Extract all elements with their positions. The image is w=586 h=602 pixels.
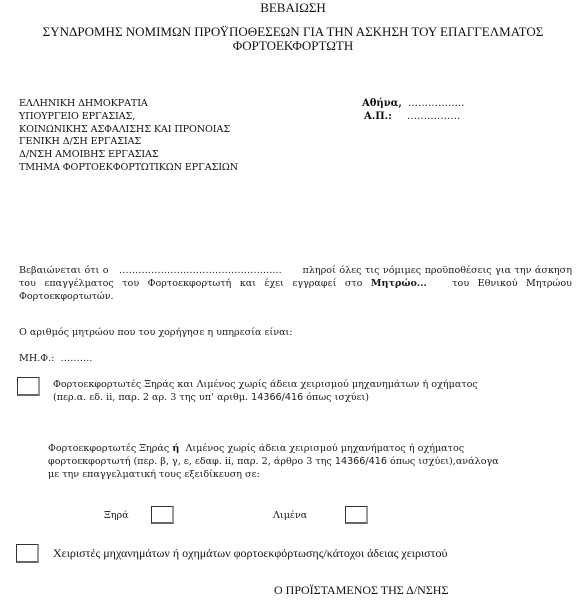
signature-title: Ο ΠΡΟΪΣΤΑΜΕΝΟΣ ΤΗΣ Δ/ΝΣΗΣ [274,583,448,598]
option2-text-a: Φορτοεκφορτωτές Ξηράς [48,443,169,454]
authority-line: ΓΕΝΙΚΗ Δ/ΣΗ ΕΡΓΑΣΙΑΣ [19,135,238,148]
option1-ref-text: (περ.α. εδ. ii, παρ. 2 αρ. 3 της υπ’ αρι… [53,392,248,403]
option2-line2: φορτοεκφορτωτή (περ. β, γ, ε, εδαφ. ii, … [48,455,499,468]
authority-line: ΚΟΙΝΩΝΙΚΗΣ ΑΣΦΑΛΙΣΗΣ ΚΑΙ ΠΡΟΝΟΙΑΣ [19,123,238,136]
document-subtitle-line2: ΦΟΡΤΟΕΚΦΟΡΤΩΤΗ [0,38,586,53]
registry-number-label: Ο αριθμός μητρώου που του χορήγησε η υπη… [19,326,293,339]
place-value[interactable]: …………….. [408,98,464,109]
option1-line1: Φορτοεκφορτωτές Ξηράς και Λιμένος χωρίς … [53,378,478,391]
option1-line2: (περ.α. εδ. ii, παρ. 2 αρ. 3 της υπ’ αρι… [53,391,369,404]
protocol-label: Α.Π.: [364,111,392,122]
protocol-value[interactable]: ……………. [407,111,460,122]
document-title: ΒΕΒΑΙΩΣΗ [0,0,586,15]
certify-prefix: Βεβαιώνεται ότι ο [19,265,109,276]
registry-bold: Μητρώο... [371,278,427,289]
certification-paragraph: Βεβαιώνεται ότι ο …………………………………………... πλ… [19,264,572,303]
holder-name-blank[interactable]: …………………………………………... [119,265,282,276]
option2-ref-suffix: όπως ισχύει),ανάλογα [390,456,499,467]
land-label: Ξηρά [104,509,129,522]
authority-line: ΥΠΟΥΡΓΕΙΟ ΕΡΓΑΣΙΑΣ, [19,110,238,123]
option1-ref-suffix: όπως ισχύει) [306,392,369,403]
option3-text: Χειριστές μηχανημάτων ή οχημάτων φορτοεκ… [53,546,447,561]
option2-ref-text: φορτοεκφορτωτή (περ. β, γ, ε, εδαφ. ii, … [48,456,332,467]
port-checkbox[interactable] [345,506,368,524]
authority-line: ΤΜΗΜΑ ΦΟΡΤΟΕΚΦΟΡΤΩΤΙΚΩΝ ΕΡΓΑΣΙΩΝ [19,161,238,174]
option1-ref-number: 14366/416 [251,392,303,403]
place-label: Αθήνα, [362,98,402,109]
authority-line: ΕΛΛΗΝΙΚΗ ΔΗΜΟΚΡΑΤΙΑ [19,97,238,110]
option2-line3: με την επαγγελματική τους εξειδίκευση σε… [48,468,260,481]
land-checkbox[interactable] [151,506,174,524]
authority-block: ΕΛΛΗΝΙΚΗ ΔΗΜΟΚΡΑΤΙΑ ΥΠΟΥΡΓΕΙΟ ΕΡΓΑΣΙΑΣ, … [19,97,238,174]
mhf-field: ΜΗ.Φ.: ………. [19,352,92,365]
authority-line: Δ/ΝΣΗ ΑΜΟΙΒΗΣ ΕΡΓΑΣΙΑΣ [19,148,238,161]
option2-or: ή [172,443,179,454]
option1-checkbox[interactable] [17,377,40,396]
protocol-field: Α.Π.: ……………. [364,110,460,123]
option2-text-b: Λιμένος χωρίς άδεια χειρισμού μηχανήματο… [185,443,464,454]
mhf-label: ΜΗ.Φ.: [19,353,54,364]
option3-checkbox[interactable] [16,544,39,563]
port-label: Λιμένα [273,509,307,522]
place-date-field: Αθήνα, …………….. [362,97,464,110]
document-subtitle-line1: ΣΥΝΔΡΟΜΗΣ ΝΟΜΙΜΩΝ ΠΡΟΫΠΟΘΕΣΕΩΝ ΓΙΑ ΤΗΝ Α… [0,24,586,39]
option2-line1: Φορτοεκφορτωτές Ξηράς ή Λιμένος χωρίς άδ… [48,442,464,455]
option2-ref-number: 14366/416 [335,456,387,467]
mhf-value[interactable]: ………. [61,353,93,364]
